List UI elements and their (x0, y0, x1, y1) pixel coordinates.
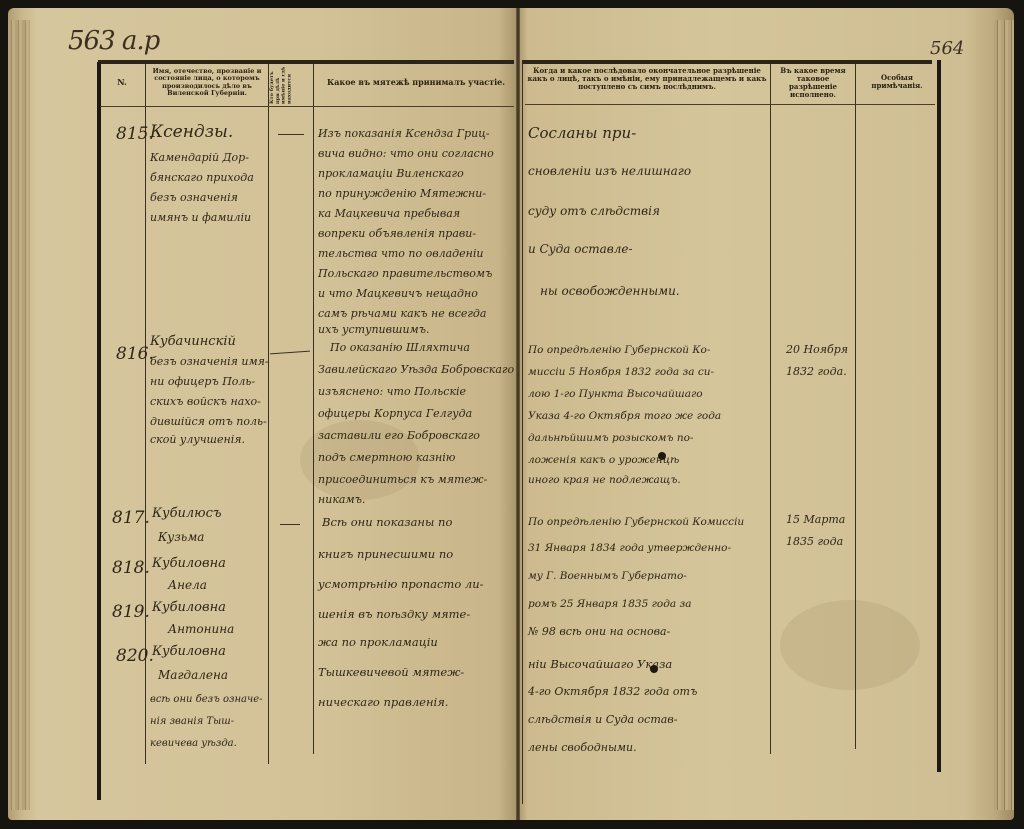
property-dash (280, 524, 300, 525)
header-participation: Какое въ мятежѣ принималъ участiе. (316, 78, 516, 87)
entry-name: Кубиловна (152, 600, 226, 615)
entry-number: 815. (116, 124, 154, 144)
entry-name-line: Анела (168, 578, 207, 592)
execution-date-line: 1835 года (786, 532, 843, 552)
entry-name-line: бянскаго прихода (150, 168, 254, 188)
header-when-executed: Въ какое время таковое разрѣшенiе исполн… (772, 67, 854, 99)
execution-date-line: 1832 года. (786, 362, 847, 382)
table-top-rule-left (98, 60, 514, 64)
resolution-line: сновленiи изъ нелишнаго (528, 156, 691, 186)
participation-line: офицеры Корпуса Гелгуда (318, 404, 472, 424)
participation-line: тельства что по овладенiи (318, 244, 484, 264)
folio-left: 563 а.р (68, 26, 159, 56)
resolution-line: суду отъ слѣдствiя (528, 196, 660, 226)
table-border-left (97, 62, 101, 800)
entry-name-line: Магдалена (158, 668, 228, 682)
entry-name-line: дившiйся отъ поль- (150, 412, 267, 432)
col-divider (770, 64, 771, 754)
entry-name-line: кевичева уѣзда. (150, 734, 237, 754)
header-name: Имя, отечество, прозванiе и состоянiе ли… (147, 68, 267, 98)
resolution-line: По опредѣленiю Губернской Ко- (528, 340, 710, 360)
left-page-edges (8, 20, 30, 810)
participation-line: изъяснено: что Польскiе (318, 382, 466, 402)
participation-line: ихъ уступившимъ. (318, 320, 430, 340)
resolution-line: ны освобожденными. (540, 276, 680, 306)
resolution-line: 31 Января 1834 года утвержденно- (528, 538, 731, 558)
entry-number: 818. (112, 558, 150, 578)
entry-number: 820. (116, 646, 154, 666)
participation-line: ка Мацкевича пребывая (318, 204, 460, 224)
right-page-edges (994, 20, 1014, 810)
participation-line: Завилейскаго Уѣзда Бобровскаго (318, 360, 514, 380)
participation-line: подъ смертною казнiю (318, 448, 455, 468)
participation-line: вича видно: что они согласно (318, 144, 494, 164)
resolution-line: ложенiя какъ о уроженцѣ (528, 450, 679, 470)
table-border-right (937, 60, 941, 772)
property-dash (278, 134, 304, 135)
resolution-line: лены свободными. (528, 738, 637, 758)
participation-line: и что Мацкевичъ нещадно (318, 284, 478, 304)
entry-name-line: ни офицеръ Поль- (150, 372, 255, 392)
entry-name-line: скихъ войскъ нахо- (150, 392, 261, 412)
col-divider (268, 64, 269, 764)
resolution-line: слѣдствiя и Суда остав- (528, 710, 677, 730)
paper-stain (780, 600, 920, 690)
entry-number: 817. (112, 508, 150, 528)
entry-name: Кубиловна (152, 644, 226, 659)
resolution-line: По опредѣленiю Губернской Комиссiи (528, 512, 744, 532)
entry-name: Кубачинскiй (150, 334, 236, 349)
participation-line: присоединиться къ мятеж- (318, 470, 487, 490)
entry-name-line: Камендарiй Дор- (150, 148, 249, 168)
participation-line: шенiя въ поѣздку мяте- (318, 604, 470, 624)
participation-line: по принужденiю Мятежни- (318, 184, 486, 204)
entry-number: 816. (116, 344, 154, 364)
resolution-line: ромъ 25 Января 1835 года за (528, 594, 692, 614)
header-notes: Особыя примѣчанiя. (857, 74, 937, 90)
entry-name: Ксендзы. (150, 122, 233, 142)
resolution-line: миссiи 5 Ноября 1832 года за си- (528, 362, 714, 382)
entry-name-line: Антонина (168, 622, 234, 636)
entry-name-line: Кузьма (158, 530, 204, 544)
header-rule (100, 106, 514, 107)
entry-number: 819. (112, 602, 150, 622)
resolution-line: № 98 всѣ они на основа- (528, 622, 670, 642)
participation-line: книгъ принесшими по (318, 544, 453, 564)
entry-name-line: нiя званiя Тыш- (150, 712, 234, 732)
resolution-line: му Г. Военнымъ Губернато- (528, 566, 687, 586)
participation-line: жа по прокламацiи (318, 632, 438, 652)
col-divider (522, 64, 523, 804)
entry-name-line: безъ означенiя (150, 188, 238, 208)
ink-blot (650, 665, 658, 673)
col-divider (855, 64, 856, 749)
header-resolution: Когда и какое послѣдовало окончательное … (526, 67, 768, 91)
participation-line: никамъ. (318, 490, 365, 510)
execution-date-line: 15 Марта (786, 510, 845, 530)
col-divider (313, 64, 314, 754)
participation-line: ническаго правленiя. (318, 692, 448, 712)
entry-name-line: всѣ они безъ означе- (150, 690, 263, 710)
resolution-line: и Суда оставле- (528, 234, 633, 264)
book-spread: 563 а.р 564 N. Имя, отечество, прозванiе… (0, 0, 1024, 829)
entry-name-line: безъ означенiя имя- (150, 352, 269, 372)
ink-blot (658, 452, 666, 460)
participation-line: Тышкевичевой мятеж- (318, 662, 464, 682)
participation-line: прокламацiи Виленскаго (318, 164, 464, 184)
header-no: N. (100, 78, 144, 87)
header-property: Кто будетъ при дѣлѣ имѣнiе и гдѣ находит… (270, 66, 312, 104)
resolution-line: дальнѣйшимъ розыскомъ по- (528, 428, 693, 448)
execution-date-line: 20 Ноября (786, 340, 848, 360)
participation-line: Всѣ они показаны по (322, 512, 452, 532)
participation-line: вопреки объявленiя прави- (318, 224, 476, 244)
participation-line: По оказанiю Шляхтича (330, 338, 470, 358)
resolution-line: лою 1-го Пункта Высочайшаго (528, 384, 703, 404)
header-rule (525, 104, 935, 105)
participation-line: Изъ показанiя Ксендза Гриц- (318, 124, 490, 144)
resolution-line: 4-го Октября 1832 года отъ (528, 682, 697, 702)
participation-line: заставили его Бобровскаго (318, 426, 480, 446)
participation-line: Польскаго правительствомъ (318, 264, 492, 284)
entry-name-line: ской улучшенiя. (150, 430, 245, 450)
entry-name-line: имянъ и фамилiи (150, 208, 251, 228)
folio-right: 564 (930, 38, 964, 59)
entry-name: Кубиловна (152, 556, 226, 571)
participation-line: усмотрѣнiю пропасто ли- (318, 574, 484, 594)
resolution-line: Указа 4-го Октября того же года (528, 406, 721, 426)
table-top-rule-right (522, 60, 932, 64)
resolution-line: иного края не подлежащъ. (528, 470, 681, 490)
book-gutter (516, 8, 520, 820)
resolution-line: Сосланы при- (528, 118, 636, 148)
entry-name: Кубилюсъ (152, 506, 222, 521)
